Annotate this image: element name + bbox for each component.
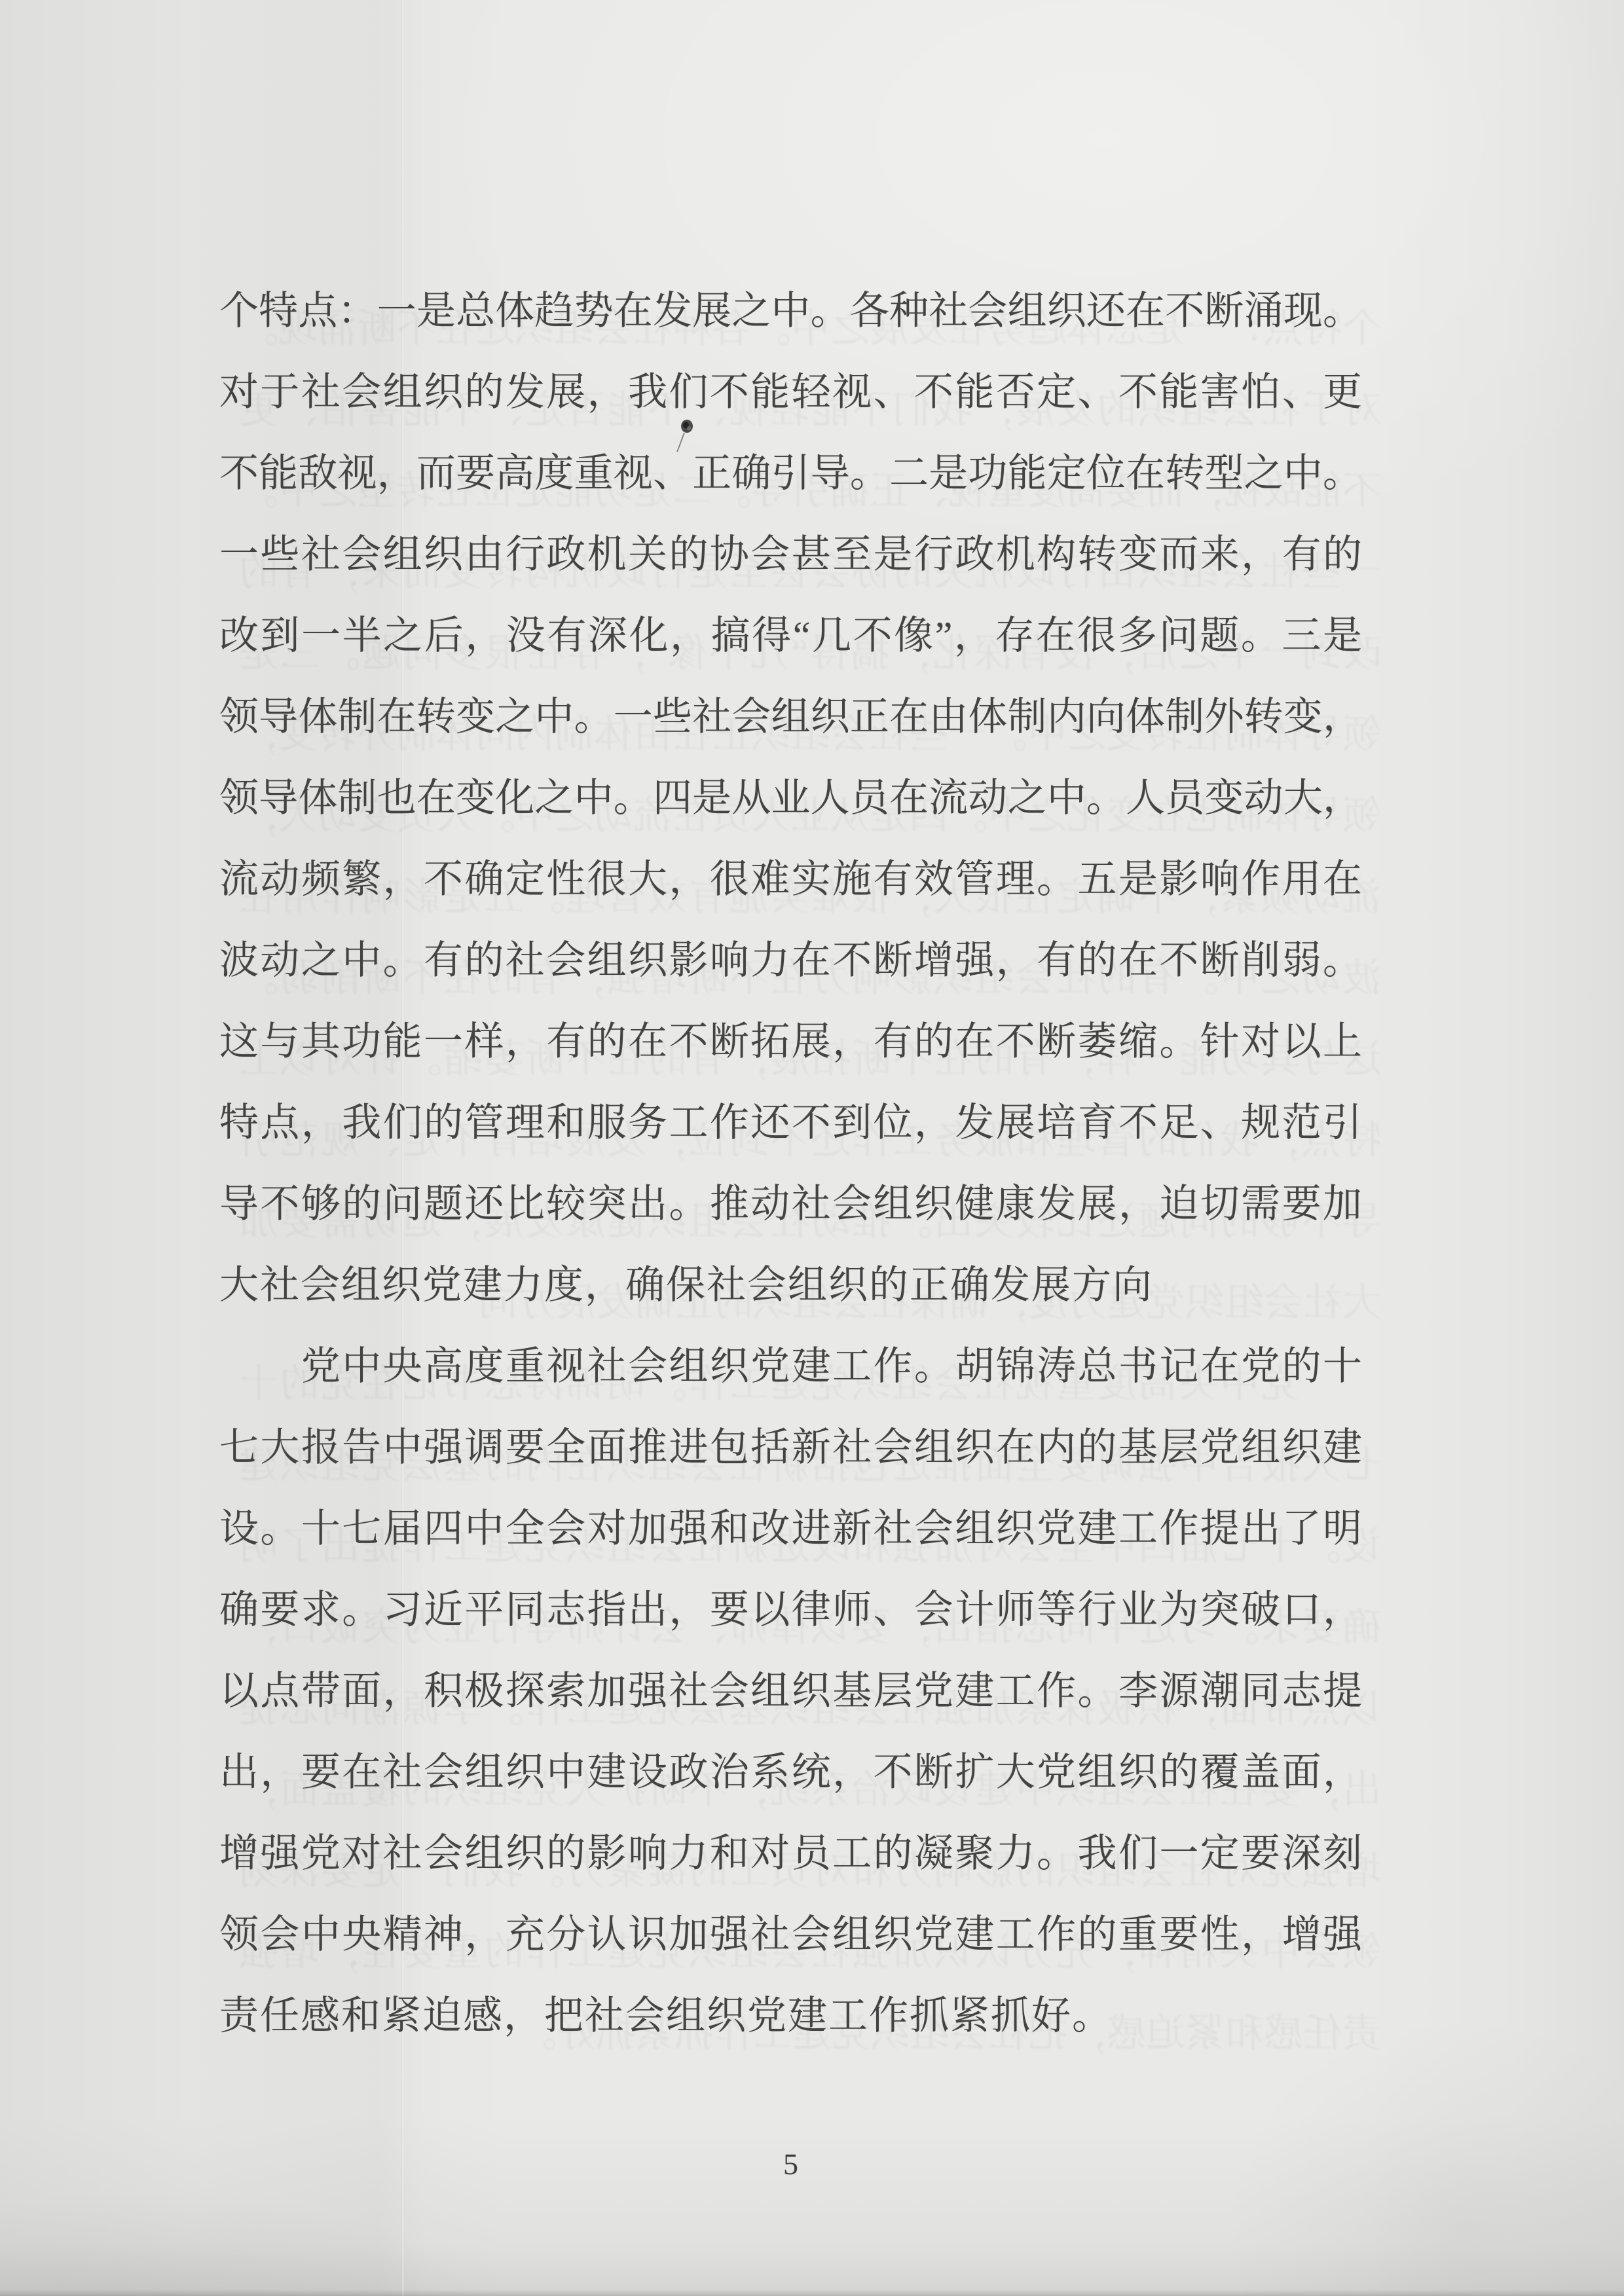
text-line: 党中央高度重视社会组织党建工作。胡锦涛总书记在党的十 bbox=[219, 1326, 1362, 1407]
text-line: 这与其功能一样，有的在不断拓展，有的在不断萎缩。针对以上 bbox=[219, 1001, 1362, 1082]
text-line: 七大报告中强调要全面推进包括新社会组织在内的基层党组织建 bbox=[219, 1407, 1362, 1488]
text-line: 以点带面，积极探索加强社会组织基层党建工作。李源潮同志提 bbox=[219, 1650, 1362, 1732]
scanned-document-page: 个特点：一是总体趋势在发展之中。各种社会组织还在不断涌现。对于社会组织的发展，我… bbox=[0, 0, 1624, 2296]
text-line: 领会中央精神，充分认识加强社会组织党建工作的重要性，增强 bbox=[219, 1894, 1362, 1975]
text-line: 责任感和紧迫感，把社会组织党建工作抓紧抓好。 bbox=[219, 1975, 1362, 2056]
text-line: 特点，我们的管理和服务工作还不到位，发展培育不足、规范引 bbox=[219, 1082, 1362, 1163]
text-line: 个特点：一是总体趋势在发展之中。各种社会组织还在不断涌现。 bbox=[219, 270, 1362, 352]
text-line: 波动之中。有的社会组织影响力在不断增强，有的在不断削弱。 bbox=[219, 920, 1362, 1001]
text-line: 导不够的问题还比较突出。推动社会组织健康发展，迫切需要加 bbox=[219, 1163, 1362, 1245]
ink-speck-icon bbox=[672, 416, 701, 460]
text-line: 领导体制也在变化之中。四是从业人员在流动之中。人员变动大， bbox=[219, 757, 1362, 839]
page-number: 5 bbox=[219, 2149, 1362, 2179]
text-line: 确要求。习近平同志指出，要以律师、会计师等行业为突破口， bbox=[219, 1569, 1362, 1650]
text-line: 不能敌视，而要高度重视、正确引导。二是功能定位在转型之中。 bbox=[219, 433, 1362, 514]
text-line: 领导体制在转变之中。一些社会组织正在由体制内向体制外转变， bbox=[219, 676, 1362, 757]
ink-speck-stain bbox=[672, 416, 701, 460]
document-body-text: 个特点：一是总体趋势在发展之中。各种社会组织还在不断涌现。对于社会组织的发展，我… bbox=[219, 270, 1362, 2056]
text-line: 大社会组织党建力度，确保社会组织的正确发展方向 bbox=[219, 1245, 1362, 1326]
text-line: 出，要在社会组织中建设政治系统，不断扩大党组织的覆盖面， bbox=[219, 1732, 1362, 1813]
text-line: 增强党对社会组织的影响力和对员工的凝聚力。我们一定要深刻 bbox=[219, 1813, 1362, 1894]
text-line: 改到一半之后，没有深化，搞得“几不像”，存在很多问题。三是 bbox=[219, 595, 1362, 676]
text-line: 对于社会组织的发展，我们不能轻视、不能否定、不能害怕、更 bbox=[219, 352, 1362, 433]
text-line: 一些社会组织由行政机关的协会甚至是行政机构转变而来，有的 bbox=[219, 514, 1362, 595]
scan-bottom-edge-shadow bbox=[0, 2289, 1624, 2296]
text-line: 设。十七届四中全会对加强和改进新社会组织党建工作提出了明 bbox=[219, 1488, 1362, 1569]
text-line: 流动频繁，不确定性很大，很难实施有效管理。五是影响作用在 bbox=[219, 839, 1362, 920]
